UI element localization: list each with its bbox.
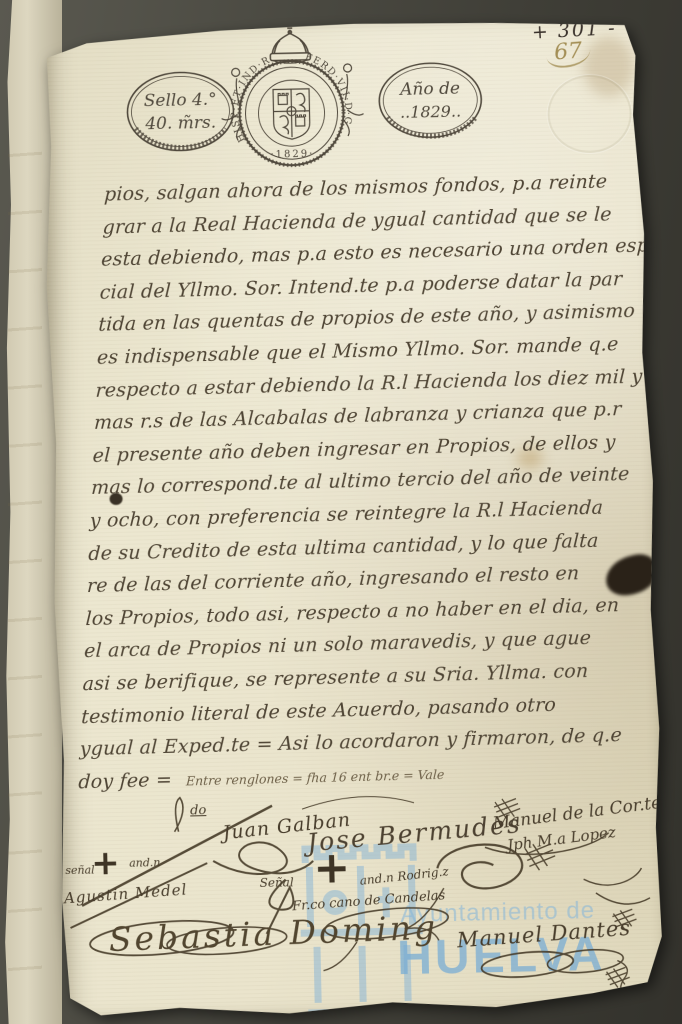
paper-sheet: Ayuntamiento de HUELVA + 301 - 67 [38,16,667,1019]
seal-legend-right: FERD·VII·D·G [303,51,354,128]
witness-cross-left: + [91,843,120,884]
seal-year: ·1829· [270,149,314,161]
interline-correction-note: Entre renglones = fha 16 ent br.e = Vale [186,766,445,788]
signature-agustin-medel: Agustin Medel [63,880,188,907]
document-page: Ayuntamiento de HUELVA + 301 - 67 [38,16,667,1019]
royal-tax-stamp: HISP·ET·IND·R FERD·VII·D·G ·1829· Sello … [122,22,545,183]
stamp-class-label: Sello 4.° [144,90,217,112]
signature-superscript-do: do [190,803,206,818]
adjacent-page-ghost-writing [8,120,42,980]
mark-label-senal-mid: Señal [259,875,293,890]
witness-cross-mid: + [313,842,351,894]
mark-abbr-left: and.n [129,856,161,870]
blind-embossed-stamp [547,74,633,154]
svg-text:FERD·VII·D·G: FERD·VII·D·G [303,51,354,128]
stamp-year-label: Año de [398,79,460,100]
closing-formula: doy fee = [78,768,173,792]
stamp-price-label: 40. m̃rs. [144,113,216,134]
stamp-year-value: ..1829.. [400,102,461,122]
manuscript-body: pios, salgan ahora de los mismos fondos,… [78,164,665,799]
